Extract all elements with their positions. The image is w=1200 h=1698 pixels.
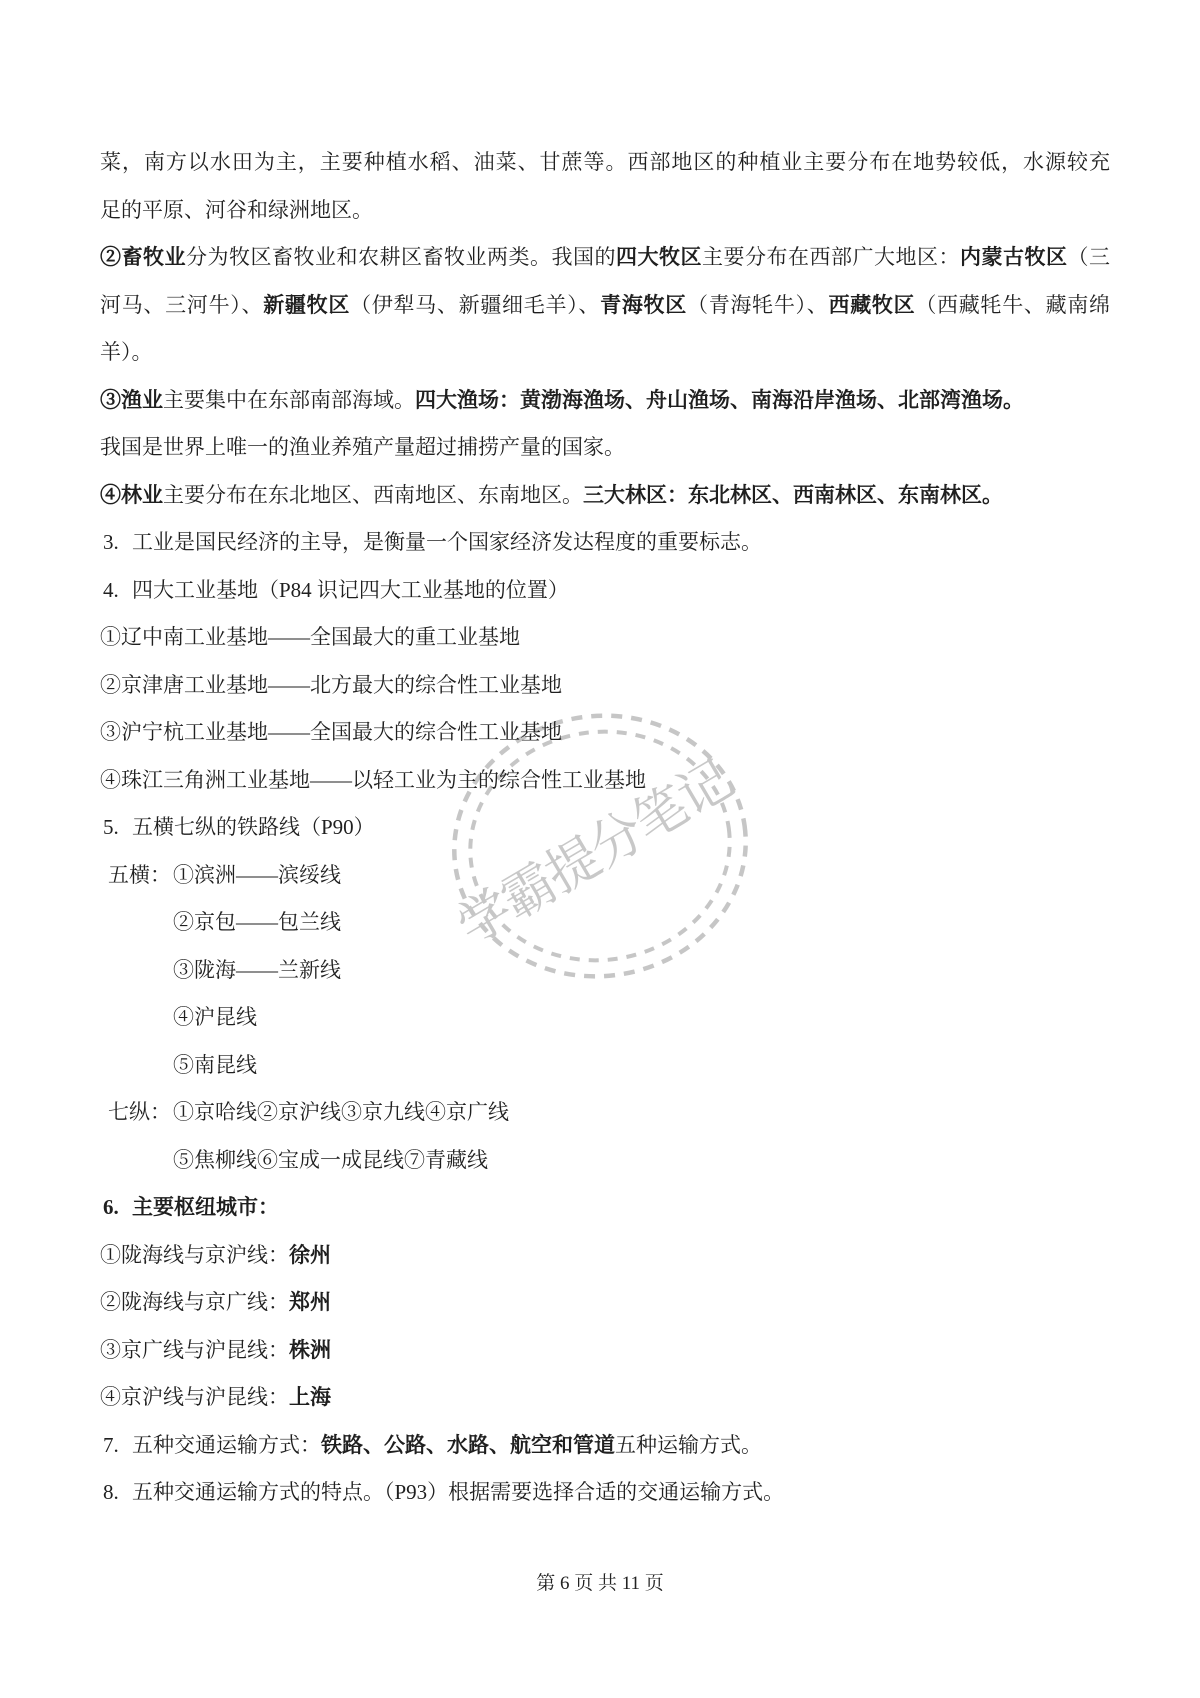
text-run: 郑州 bbox=[289, 1290, 331, 1314]
text-line: 七纵：①京哈线②京沪线③京九线④京广线 bbox=[108, 1089, 1110, 1137]
text-run: ①辽中南工业基地——全国最大的重工业基地 bbox=[100, 625, 520, 649]
text-run: ④沪昆线 bbox=[173, 1005, 257, 1029]
text-run: ④京沪线与沪昆线： bbox=[100, 1385, 289, 1409]
text-run: 内蒙古牧区 bbox=[960, 245, 1068, 269]
list-number: 4. bbox=[103, 567, 132, 615]
text-run: 足的平原、河谷和绿洲地区。 bbox=[100, 198, 373, 222]
text-line: ④沪昆线 bbox=[173, 994, 1110, 1042]
text-run: 三大林区：东北林区、西南林区、东南林区。 bbox=[583, 483, 1003, 507]
text-run: 四大牧区 bbox=[616, 245, 702, 269]
text-run: ③陇海——兰新线 bbox=[173, 958, 341, 982]
text-run: 上海 bbox=[289, 1385, 331, 1409]
list-number: 3. bbox=[103, 519, 132, 567]
text-line: ⑤焦柳线⑥宝成一成昆线⑦青藏线 bbox=[173, 1137, 1110, 1185]
text-line: ②陇海线与京广线：郑州 bbox=[100, 1279, 1110, 1327]
text-run: 五种运输方式。 bbox=[615, 1433, 762, 1457]
text-line: 7.五种交通运输方式：铁路、公路、水路、航空和管道五种运输方式。 bbox=[103, 1422, 1110, 1470]
text-run: （三 bbox=[1068, 245, 1111, 269]
text-run: ③京广线与沪昆线： bbox=[100, 1338, 289, 1362]
page-footer: 第 6 页 共 11 页 bbox=[0, 1568, 1200, 1595]
text-run: 主要枢纽城市： bbox=[132, 1195, 279, 1219]
text-run: ③沪宁杭工业基地——全国最大的综合性工业基地 bbox=[100, 720, 562, 744]
text-run: ③渔业 bbox=[100, 388, 163, 412]
document-body: 菜，南方以水田为主，主要种植水稻、油菜、甘蔗等。西部地区的种植业主要分布在地势较… bbox=[100, 139, 1110, 1517]
text-line: 3.工业是国民经济的主导，是衡量一个国家经济发达程度的重要标志。 bbox=[103, 519, 1110, 567]
text-run: 菜，南方以水田为主，主要种植水稻、油菜、甘蔗等。西部地区的种植业主要分布在地势较… bbox=[100, 150, 1110, 174]
line-label: 七纵： bbox=[108, 1089, 173, 1137]
text-run: 四大渔场：黄渤海渔场、舟山渔场、南海沿岸渔场、北部湾渔场。 bbox=[415, 388, 1024, 412]
list-number: 8. bbox=[103, 1469, 132, 1517]
text-line: ④林业主要分布在东北地区、西南地区、东南地区。三大林区：东北林区、西南林区、东南… bbox=[100, 472, 1110, 520]
text-run: 工业是国民经济的主导，是衡量一个国家经济发达程度的重要标志。 bbox=[132, 530, 762, 554]
text-line: ②畜牧业分为牧区畜牧业和农耕区畜牧业两类。我国的四大牧区主要分布在西部广大地区：… bbox=[100, 234, 1110, 282]
text-run: 主要集中在东部南部海域。 bbox=[163, 388, 415, 412]
text-run: ④林业 bbox=[100, 483, 163, 507]
text-run: （伊犁马、新疆细毛羊）、 bbox=[350, 293, 600, 317]
list-number: 6. bbox=[103, 1184, 132, 1232]
text-line: 5.五横七纵的铁路线（P90） bbox=[103, 804, 1110, 852]
text-run: 五横七纵的铁路线（P90） bbox=[132, 815, 375, 839]
text-run: ①京哈线②京沪线③京九线④京广线 bbox=[173, 1100, 509, 1124]
text-run: 西藏牧区 bbox=[828, 293, 915, 317]
text-run: 四大工业基地（P84 识记四大工业基地的位置） bbox=[132, 578, 569, 602]
list-number: 7. bbox=[103, 1422, 132, 1470]
text-run: ①滨洲——滨绥线 bbox=[173, 863, 341, 887]
text-line: 4.四大工业基地（P84 识记四大工业基地的位置） bbox=[103, 567, 1110, 615]
text-line: 菜，南方以水田为主，主要种植水稻、油菜、甘蔗等。西部地区的种植业主要分布在地势较… bbox=[100, 139, 1110, 187]
text-line: 足的平原、河谷和绿洲地区。 bbox=[100, 187, 1110, 235]
text-run: ②京津唐工业基地——北方最大的综合性工业基地 bbox=[100, 673, 562, 697]
text-line: ②京津唐工业基地——北方最大的综合性工业基地 bbox=[100, 662, 1110, 710]
line-label: 五横： bbox=[108, 852, 173, 900]
text-run: ④珠江三角洲工业基地——以轻工业为主的综合性工业基地 bbox=[100, 768, 646, 792]
text-line: 羊）。 bbox=[100, 329, 1110, 377]
text-run: 我国是世界上唯一的渔业养殖产量超过捕捞产量的国家。 bbox=[100, 435, 625, 459]
text-run: ①陇海线与京沪线： bbox=[100, 1243, 289, 1267]
text-run: 河马、三河牛）、 bbox=[100, 293, 263, 317]
text-line: 五横：①滨洲——滨绥线 bbox=[108, 852, 1110, 900]
text-run: 青海牧区 bbox=[600, 293, 687, 317]
text-run: 分为牧区畜牧业和农耕区畜牧业两类。我国的 bbox=[186, 245, 616, 269]
text-run: 五种交通运输方式： bbox=[132, 1433, 321, 1457]
text-run: 新疆牧区 bbox=[263, 293, 350, 317]
text-run: 羊）。 bbox=[100, 340, 153, 364]
text-run: ②畜牧业 bbox=[100, 245, 186, 269]
text-line: ④京沪线与沪昆线：上海 bbox=[100, 1374, 1110, 1422]
text-line: 8.五种交通运输方式的特点。（P93）根据需要选择合适的交通运输方式。 bbox=[103, 1469, 1110, 1517]
text-run: ②京包——包兰线 bbox=[173, 910, 341, 934]
text-line: ①辽中南工业基地——全国最大的重工业基地 bbox=[100, 614, 1110, 662]
text-run: ②陇海线与京广线： bbox=[100, 1290, 289, 1314]
text-run: 五种交通运输方式的特点。（P93）根据需要选择合适的交通运输方式。 bbox=[132, 1480, 784, 1504]
text-line: ③陇海——兰新线 bbox=[173, 947, 1110, 995]
text-run: ⑤焦柳线⑥宝成一成昆线⑦青藏线 bbox=[173, 1148, 488, 1172]
text-line: ①陇海线与京沪线：徐州 bbox=[100, 1232, 1110, 1280]
text-run: （西藏牦牛、藏南绵 bbox=[915, 293, 1110, 317]
text-line: 6.主要枢纽城市： bbox=[103, 1184, 1110, 1232]
text-run: ⑤南昆线 bbox=[173, 1053, 257, 1077]
text-line: ②京包——包兰线 bbox=[173, 899, 1110, 947]
text-run: 株洲 bbox=[289, 1338, 331, 1362]
text-line: ⑤南昆线 bbox=[173, 1042, 1110, 1090]
text-line: ③渔业主要集中在东部南部海域。四大渔场：黄渤海渔场、舟山渔场、南海沿岸渔场、北部… bbox=[100, 377, 1110, 425]
text-line: 河马、三河牛）、新疆牧区（伊犁马、新疆细毛羊）、青海牧区（青海牦牛）、西藏牧区（… bbox=[100, 282, 1110, 330]
page-number: 第 6 页 共 11 页 bbox=[536, 1573, 664, 1594]
text-line: ③沪宁杭工业基地——全国最大的综合性工业基地 bbox=[100, 709, 1110, 757]
text-line: 我国是世界上唯一的渔业养殖产量超过捕捞产量的国家。 bbox=[100, 424, 1110, 472]
list-number: 5. bbox=[103, 804, 132, 852]
text-run: 主要分布在西部广大地区： bbox=[702, 245, 960, 269]
text-run: 主要分布在东北地区、西南地区、东南地区。 bbox=[163, 483, 583, 507]
text-line: ③京广线与沪昆线：株洲 bbox=[100, 1327, 1110, 1375]
document-page: 学霸提分笔记 菜，南方以水田为主，主要种植水稻、油菜、甘蔗等。西部地区的种植业主… bbox=[0, 0, 1200, 1698]
text-run: 铁路、公路、水路、航空和管道 bbox=[321, 1433, 615, 1457]
text-run: （青海牦牛）、 bbox=[687, 293, 829, 317]
text-line: ④珠江三角洲工业基地——以轻工业为主的综合性工业基地 bbox=[100, 757, 1110, 805]
text-run: 徐州 bbox=[289, 1243, 331, 1267]
